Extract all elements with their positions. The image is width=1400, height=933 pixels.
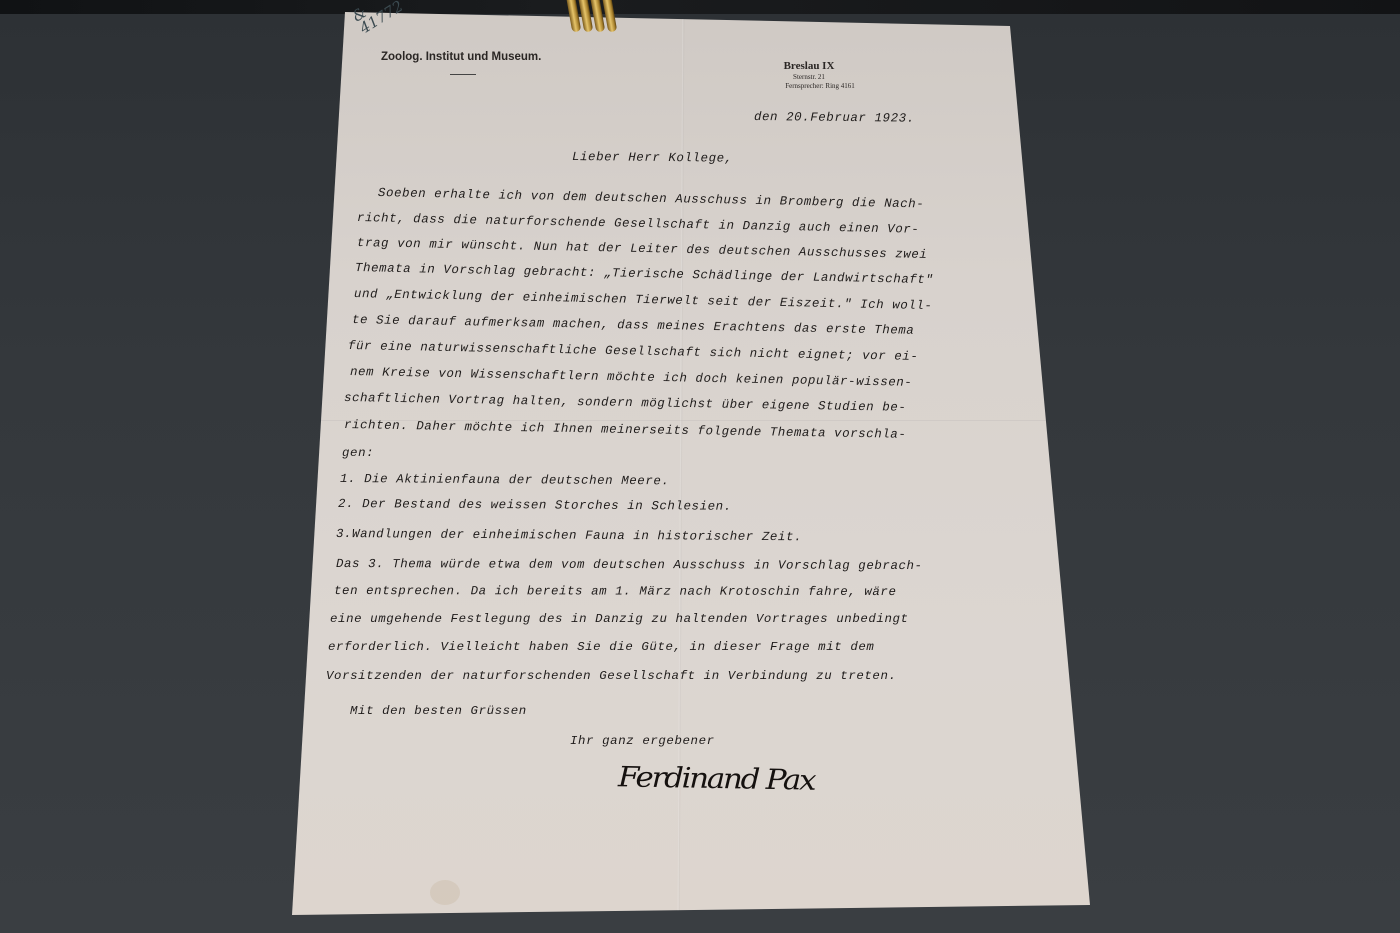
body-line: eine umgehende Festlegung des in Danzig … bbox=[330, 612, 909, 626]
body-line: Das 3. Thema würde etwa dem vom deutsche… bbox=[336, 557, 923, 573]
body-line: Vorsitzenden der naturforschenden Gesell… bbox=[326, 669, 897, 683]
letterhead-phone: Fernsprecher: Ring 4161 bbox=[760, 82, 880, 90]
letterhead-institution: Zoolog. Institut und Museum. bbox=[381, 51, 541, 63]
letter-complimentary-close: Ihr ganz ergebener bbox=[570, 734, 715, 748]
body-line: ten entsprechen. Da ich bereits am 1. Mä… bbox=[334, 584, 897, 599]
handwritten-signature: Ferdinand Pax bbox=[618, 760, 815, 796]
letterhead-address: Breslau IX Sternstr. 21 Fernsprecher: Ri… bbox=[760, 60, 880, 90]
topic-list-item-2: 2. Der Bestand des weissen Storches in S… bbox=[338, 497, 732, 514]
topic-list-item-1: 1. Die Aktinienfauna der deutschen Meere… bbox=[340, 472, 670, 488]
letterhead-ornament-rule bbox=[450, 74, 476, 75]
letterhead-street: Sternstr. 21 bbox=[738, 73, 880, 81]
letter-date: den 20.Februar 1923. bbox=[754, 110, 915, 126]
paper-stain bbox=[430, 880, 460, 905]
body-line: gen: bbox=[342, 446, 374, 460]
letter-salutation: Lieber Herr Kollege, bbox=[572, 150, 733, 166]
body-line: erforderlich. Vielleicht haben Sie die G… bbox=[328, 640, 874, 654]
paper-clip-icon bbox=[565, 0, 625, 34]
letterhead-city: Breslau IX bbox=[738, 60, 880, 72]
backdrop-shadow bbox=[0, 0, 1400, 14]
letter-closing: Mit den besten Grüssen bbox=[350, 704, 527, 718]
